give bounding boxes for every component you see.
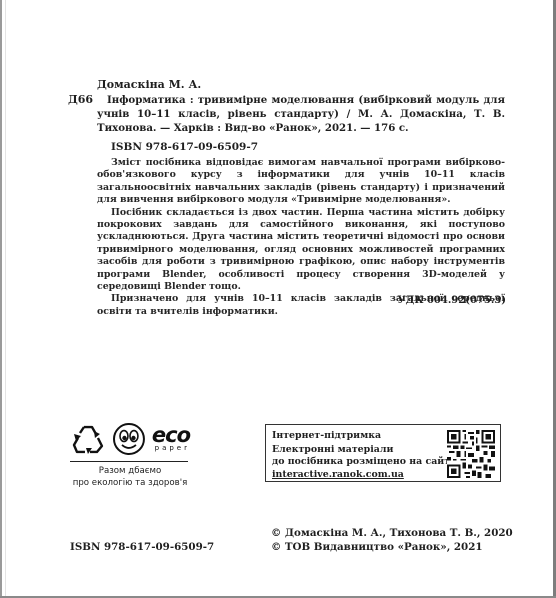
catalog-title: Інформатика : тривимірне моделювання (ви… <box>97 93 505 135</box>
page-border-left-inner <box>5 0 6 598</box>
catalog-isbn: ISBN 978-617-09-6509-7 <box>111 141 258 153</box>
copyright-authors: © Домаскіна М. А., Тихонова Т. В., 2020 <box>271 526 513 540</box>
qr-code-icon[interactable] <box>447 430 495 478</box>
copyright-block: © Домаскіна М. А., Тихонова Т. В., 2020 … <box>271 526 513 554</box>
eco-logo-block: eco paper Разом дбаємо про екологію та з… <box>70 420 190 489</box>
eco-caption: Разом дбаємо про екологію та здоров'я <box>70 465 190 489</box>
catalog-author: Домаскіна М. А. <box>97 78 201 91</box>
recycle-icon <box>70 421 106 457</box>
support-text: Електронні матеріали до посібника розміщ… <box>272 444 454 481</box>
eco-divider <box>70 461 188 462</box>
footer-isbn: ISBN 978-617-09-6509-7 <box>70 541 214 553</box>
internet-support-box: Інтернет-підтримка Електронні матеріали … <box>265 424 501 482</box>
page-border-left <box>0 0 2 598</box>
catalog-code: Д66 <box>68 93 93 106</box>
support-title: Інтернет-підтримка <box>272 430 381 441</box>
copyright-publisher: © ТОВ Видавництво «Ранок», 2021 <box>271 540 513 554</box>
abstract-paragraph: Посібник складається із двох частин. Пер… <box>97 207 505 294</box>
abstract-paragraph: Зміст посібника відповідає вимогам навча… <box>97 157 505 207</box>
support-link[interactable]: interactive.ranok.com.ua <box>272 469 454 481</box>
udk-code: УДК 004.92(075.3) <box>397 295 506 306</box>
smiley-icon <box>112 422 146 456</box>
eco-paper-logo: eco paper <box>152 426 190 452</box>
